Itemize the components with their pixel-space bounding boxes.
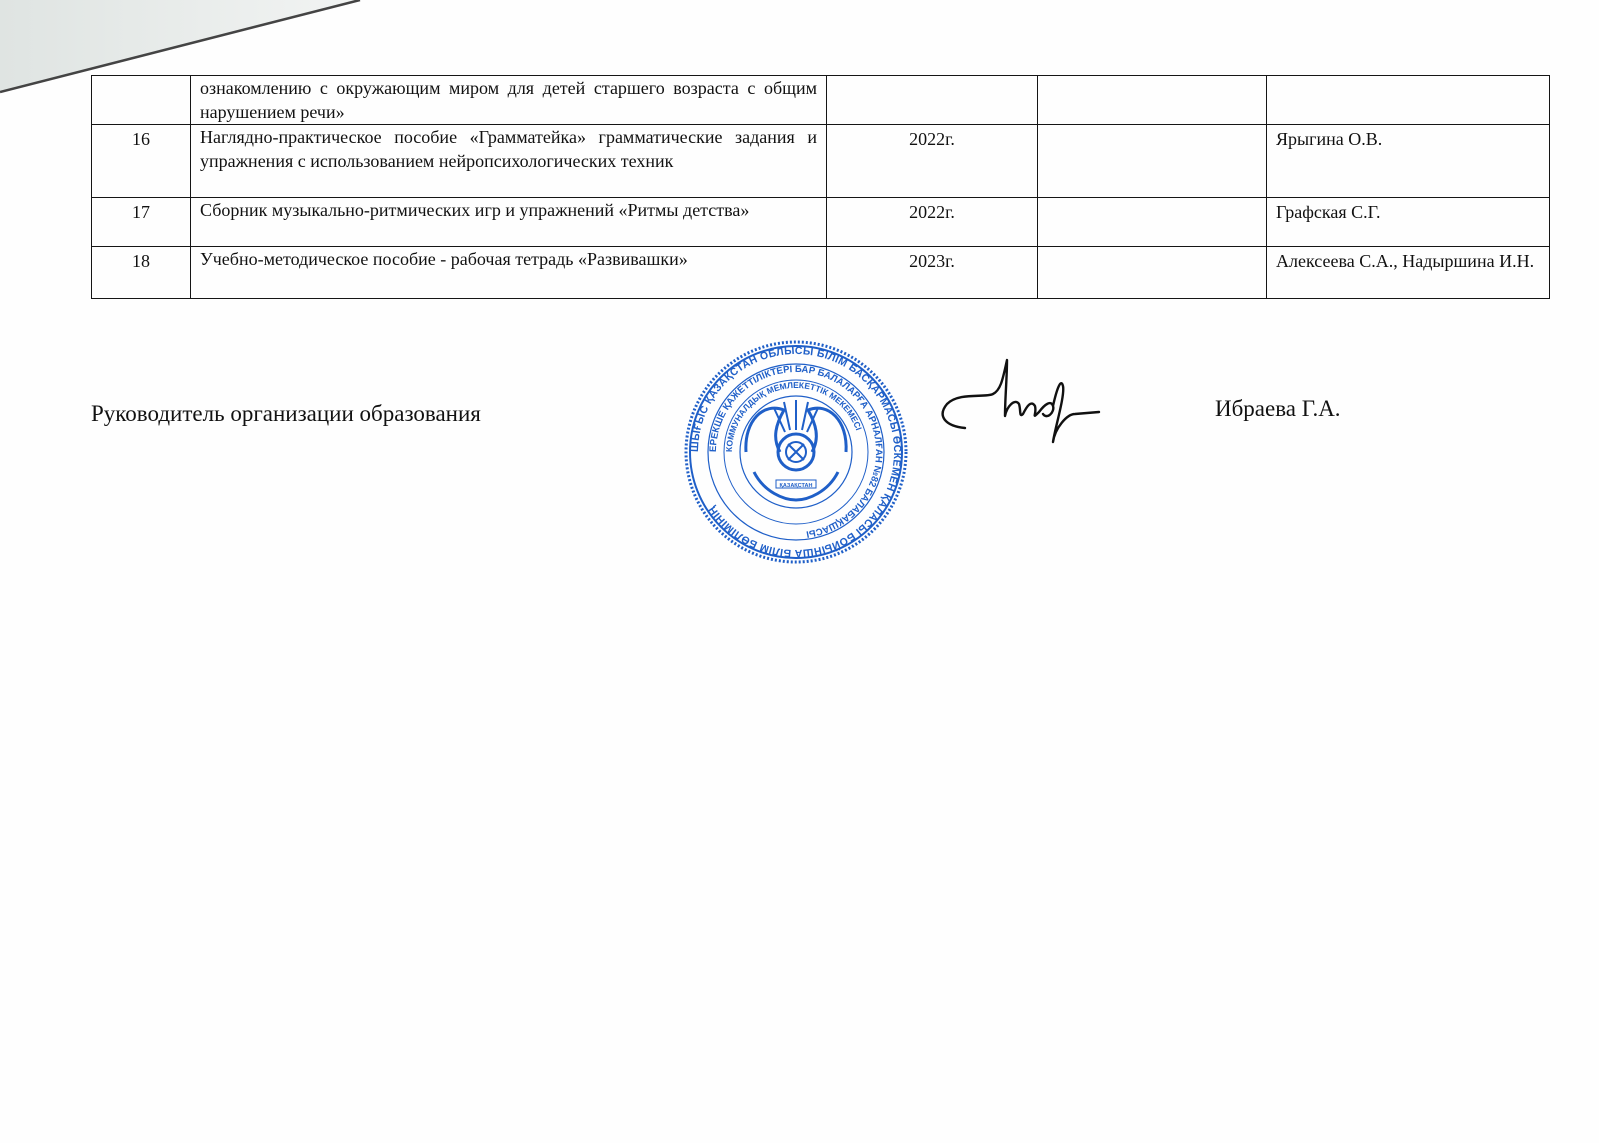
table-row: ознакомлению с окружающим миром для дете… bbox=[92, 76, 1550, 125]
publication-author: Графская С.Г. bbox=[1267, 198, 1550, 247]
handwritten-signature-icon bbox=[935, 348, 1105, 448]
publication-title: Наглядно-практическое пособие «Грамматей… bbox=[191, 125, 827, 198]
table-row: 16 Наглядно-практическое пособие «Грамма… bbox=[92, 125, 1550, 198]
empty-cell bbox=[1038, 76, 1267, 125]
publication-year: 2022г. bbox=[827, 198, 1038, 247]
publications-table: ознакомлению с окружающим миром для дете… bbox=[91, 75, 1550, 299]
empty-cell bbox=[1038, 198, 1267, 247]
empty-cell bbox=[1038, 125, 1267, 198]
publication-year: 2022г. bbox=[827, 125, 1038, 198]
table-row: 17 Сборник музыкально-ритмических игр и … bbox=[92, 198, 1550, 247]
signer-role: Руководитель организации образования bbox=[91, 401, 481, 427]
signature-block: Руководитель организации образования ШЫҒ… bbox=[0, 330, 1599, 570]
signer-name: Ибраева Г.А. bbox=[1215, 396, 1341, 422]
publication-year bbox=[827, 76, 1038, 125]
publication-title: ознакомлению с окружающим миром для дете… bbox=[191, 76, 827, 125]
svg-text:ҚАЗАҚСТАН: ҚАЗАҚСТАН bbox=[780, 483, 813, 489]
row-number: 18 bbox=[92, 247, 191, 299]
row-number: 17 bbox=[92, 198, 191, 247]
empty-cell bbox=[1038, 247, 1267, 299]
publication-author bbox=[1267, 76, 1550, 125]
publication-author: Ярыгина О.В. bbox=[1267, 125, 1550, 198]
publication-author: Алексеева С.А., Надыршина И.Н. bbox=[1267, 247, 1550, 299]
row-number bbox=[92, 76, 191, 125]
table-row: 18 Учебно-методическое пособие - рабочая… bbox=[92, 247, 1550, 299]
publication-title: Сборник музыкально-ритмических игр и упр… bbox=[191, 198, 827, 247]
publication-title: Учебно-методическое пособие - рабочая те… bbox=[191, 247, 827, 299]
row-number: 16 bbox=[92, 125, 191, 198]
publication-year: 2023г. bbox=[827, 247, 1038, 299]
official-seal-icon: ШЫҒЫС ҚАЗАҚСТАН ОБЛЫСЫ БІЛІМ БАСҚАРМАСЫ … bbox=[684, 340, 908, 564]
